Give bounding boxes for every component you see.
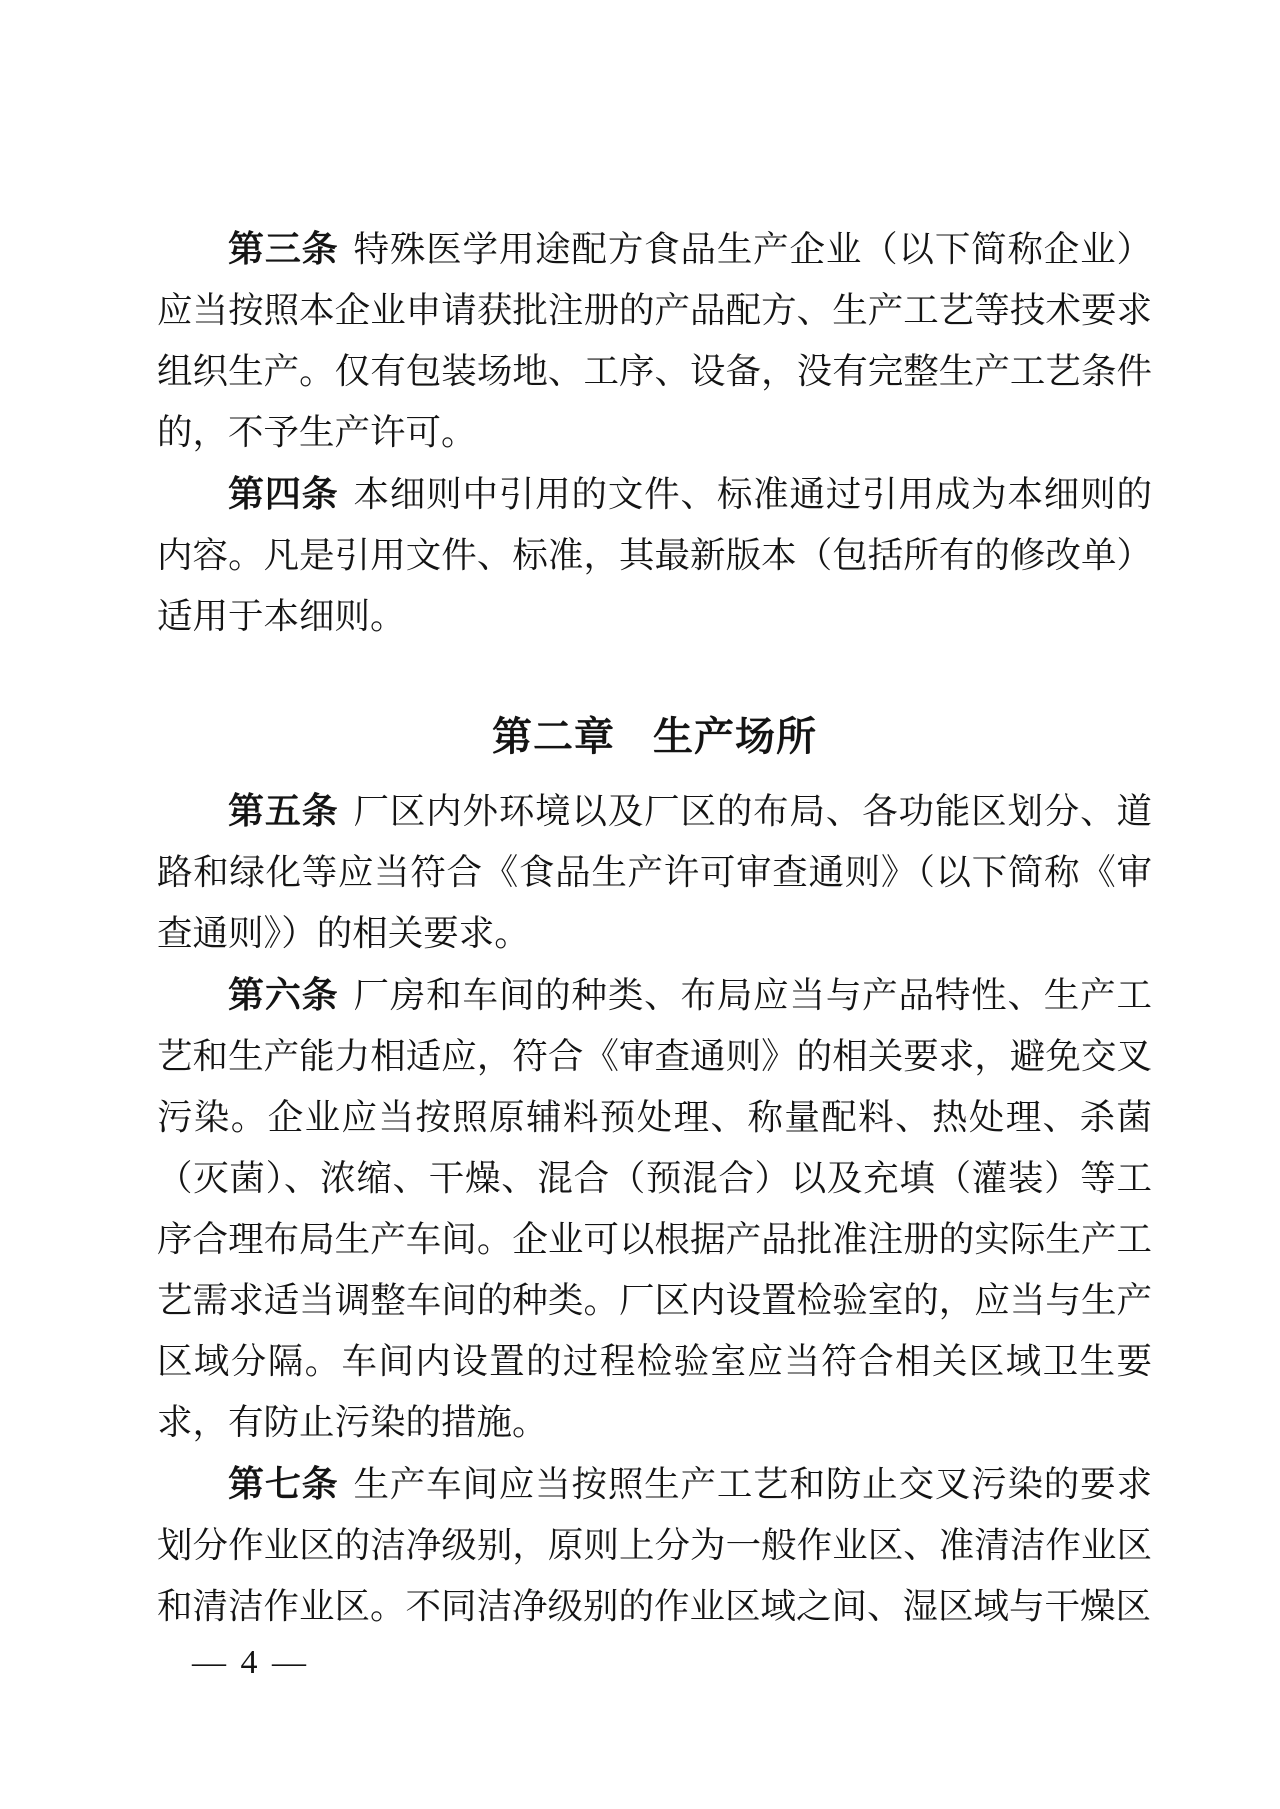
chapter-title: 生产场所 xyxy=(653,715,817,759)
article-6-text: 厂房和车间的种类、布局应当与产品特性、生产工艺和生产能力相适应，符合《审查通则》… xyxy=(157,975,1152,1442)
article-7-paragraph: 第七条生产车间应当按照生产工艺和防止交叉污染的要求划分作业区的洁净级别，原则上分… xyxy=(157,1453,1152,1637)
article-4-label: 第四条 xyxy=(228,473,339,514)
article-3-label: 第三条 xyxy=(228,228,339,269)
page-number: — 4 — xyxy=(192,1643,1152,1683)
article-6-paragraph: 第六条厂房和车间的种类、布局应当与产品特性、生产工艺和生产能力相适应，符合《审查… xyxy=(157,964,1152,1453)
article-5-paragraph: 第五条厂区内外环境以及厂区的布局、各功能区划分、道路和绿化等应当符合《食品生产许… xyxy=(157,780,1152,964)
chapter-number: 第二章 xyxy=(492,715,615,759)
article-3-paragraph: 第三条特殊医学用途配方食品生产企业（以下简称企业）应当按照本企业申请获批注册的产… xyxy=(157,218,1152,463)
article-5-label: 第五条 xyxy=(228,790,339,831)
document-page: 第三条特殊医学用途配方食品生产企业（以下简称企业）应当按照本企业申请获批注册的产… xyxy=(0,0,1280,1809)
article-6-label: 第六条 xyxy=(228,974,339,1015)
chapter-heading: 第二章生产场所 xyxy=(157,707,1152,768)
document-body: 第三条特殊医学用途配方食品生产企业（以下简称企业）应当按照本企业申请获批注册的产… xyxy=(157,218,1152,1683)
article-4-paragraph: 第四条本细则中引用的文件、标准通过引用成为本细则的内容。凡是引用文件、标准，其最… xyxy=(157,463,1152,647)
article-7-label: 第七条 xyxy=(228,1463,339,1504)
